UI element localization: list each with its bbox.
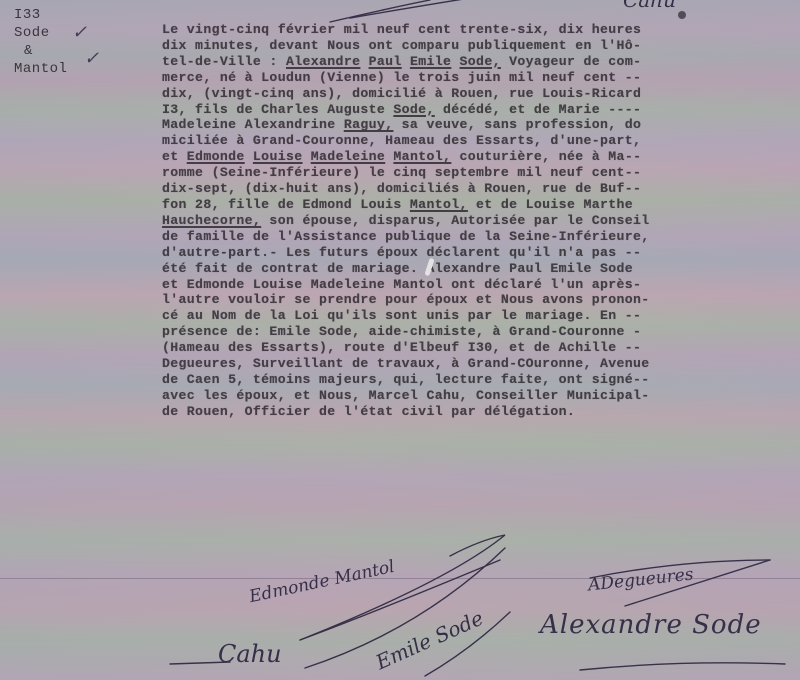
text-line: miciliée à Grand-Couronne, Hameau des Es… — [162, 133, 800, 149]
text-line: de Caen 5, témoins majeurs, qui, lecture… — [162, 372, 800, 388]
document-page: I33 Sode & Mantol ✓ ✓ Cahu Le vingt-cinq… — [0, 0, 800, 680]
underlined-name: Emile — [410, 54, 451, 69]
text-line: Hauchecorne, son épouse, disparus, Autor… — [162, 213, 800, 229]
text-segment: Madeleine Alexandrine — [162, 117, 344, 132]
text-segment: cé au Nom de la Loi qu'ils sont unis par… — [162, 308, 641, 323]
text-line: avec les époux, et Nous, Marcel Cahu, Co… — [162, 388, 800, 404]
text-line: présence de: Emile Sode, aide-chimiste, … — [162, 324, 800, 340]
text-segment: et Edmonde Louise Madeleine Mantol ont d… — [162, 277, 641, 292]
text-segment: de Rouen, Officier de l'état civil par d… — [162, 404, 575, 419]
text-segment — [360, 54, 368, 69]
check-mark-icon: ✓ — [72, 22, 87, 43]
text-line: été fait de contrat de mariage. Alexandr… — [162, 261, 800, 277]
text-segment: couturière, née à Ma-- — [451, 149, 641, 164]
text-line: Degueures, Surveillant de travaux, à Gra… — [162, 356, 800, 372]
text-line: l'autre vouloir se prendre pour époux et… — [162, 292, 800, 308]
text-segment: de Caen 5, témoins majeurs, qui, lecture… — [162, 372, 650, 387]
text-segment: merce, né à Loudun (Vienne) le trois jui… — [162, 70, 641, 85]
signature-officer: Cahu — [218, 640, 282, 668]
text-segment: et de Louise Marthe — [468, 197, 633, 212]
text-segment: dix-sept, (dix-huit ans), domiciliés à R… — [162, 181, 641, 196]
text-segment — [451, 54, 459, 69]
signature-bride: Edmonde Mantol — [248, 557, 397, 607]
underlined-name: Mantol, — [393, 149, 451, 164]
signature-groom: Alexandre Sode — [540, 610, 762, 640]
margin-name-bride: Mantol — [14, 60, 134, 78]
text-segment: Le vingt-cinq février mil neuf cent tren… — [162, 22, 641, 37]
ink-blot — [678, 11, 686, 19]
underlined-name: Raguy, — [344, 117, 394, 132]
text-segment: dix minutes, devant Nous ont comparu pub… — [162, 38, 641, 53]
record-body-text: Le vingt-cinq février mil neuf cent tren… — [162, 22, 800, 420]
signature-fragment-top: Cahu — [623, 0, 676, 12]
underlined-name: Sode, — [393, 102, 434, 117]
text-line: cé au Nom de la Loi qu'ils sont unis par… — [162, 308, 800, 324]
text-segment: Degueures, Surveillant de travaux, à Gra… — [162, 356, 650, 371]
underlined-name: Edmonde — [187, 149, 245, 164]
text-segment: son épouse, disparus, Autorisée par le C… — [261, 213, 649, 228]
underlined-name: Mantol, — [410, 197, 468, 212]
text-segment — [245, 149, 253, 164]
text-segment: présence de: Emile Sode, aide-chimiste, … — [162, 324, 641, 339]
text-segment: décédé, et de Marie ---- — [435, 102, 642, 117]
text-segment: et — [162, 149, 187, 164]
underlined-name: Paul — [369, 54, 402, 69]
underlined-name: Sode, — [460, 54, 501, 69]
text-segment: avec les époux, et Nous, Marcel Cahu, Co… — [162, 388, 650, 403]
text-line: de famille de l'Assistance publique de l… — [162, 229, 800, 245]
text-segment: dix, (vingt-cinq ans), domicilié à Rouen… — [162, 86, 641, 101]
underlined-name: Alexandre — [286, 54, 360, 69]
text-line: et Edmonde Louise Madeleine Mantol, cout… — [162, 149, 800, 165]
text-line: romme (Seine-Inférieure) le cinq septemb… — [162, 165, 800, 181]
underlined-name: Louise — [253, 149, 303, 164]
check-mark-icon: ✓ — [84, 48, 99, 69]
underlined-name: Hauchecorne, — [162, 213, 261, 228]
signature-witness-degueures: ADegueures — [587, 565, 694, 596]
text-line: dix minutes, devant Nous ont comparu pub… — [162, 38, 800, 54]
text-segment: romme (Seine-Inférieure) le cinq septemb… — [162, 165, 641, 180]
text-line: merce, né à Loudun (Vienne) le trois jui… — [162, 70, 800, 86]
text-line: Le vingt-cinq février mil neuf cent tren… — [162, 22, 800, 38]
text-segment: Voyageur de com- — [501, 54, 641, 69]
text-line: Madeleine Alexandrine Raguy, sa veuve, s… — [162, 117, 800, 133]
text-segment: I3, fils de Charles Auguste — [162, 102, 393, 117]
text-line: d'autre-part.- Les futurs époux déclaren… — [162, 245, 800, 261]
text-segment — [303, 149, 311, 164]
text-line: dix, (vingt-cinq ans), domicilié à Rouen… — [162, 86, 800, 102]
text-line: dix-sept, (dix-huit ans), domiciliés à R… — [162, 181, 800, 197]
text-segment: d'autre-part.- Les futurs époux déclaren… — [162, 245, 641, 260]
signature-witness-emile: Emile Sode — [372, 606, 487, 675]
text-segment — [402, 54, 410, 69]
text-line: et Edmonde Louise Madeleine Mantol ont d… — [162, 277, 800, 293]
underlined-name: Madeleine — [311, 149, 385, 164]
text-segment: tel-de-Ville : — [162, 54, 286, 69]
text-segment: été fait de contrat de mariage. Alexandr… — [162, 261, 633, 276]
text-line: I3, fils de Charles Auguste Sode, décédé… — [162, 102, 800, 118]
text-segment: miciliée à Grand-Couronne, Hameau des Es… — [162, 133, 641, 148]
text-segment: de famille de l'Assistance publique de l… — [162, 229, 650, 244]
text-line: (Hameau des Essarts), route d'Elbeuf I30… — [162, 340, 800, 356]
text-line: de Rouen, Officier de l'état civil par d… — [162, 404, 800, 420]
text-segment: l'autre vouloir se prendre pour époux et… — [162, 292, 650, 307]
text-line: tel-de-Ville : Alexandre Paul Emile Sode… — [162, 54, 800, 70]
margin-ampersand: & — [14, 42, 134, 60]
text-segment: fon 28, fille de Edmond Louis — [162, 197, 410, 212]
text-segment: (Hameau des Essarts), route d'Elbeuf I30… — [162, 340, 641, 355]
text-line: fon 28, fille de Edmond Louis Mantol, et… — [162, 197, 800, 213]
text-segment: sa veuve, sans profession, do — [393, 117, 641, 132]
